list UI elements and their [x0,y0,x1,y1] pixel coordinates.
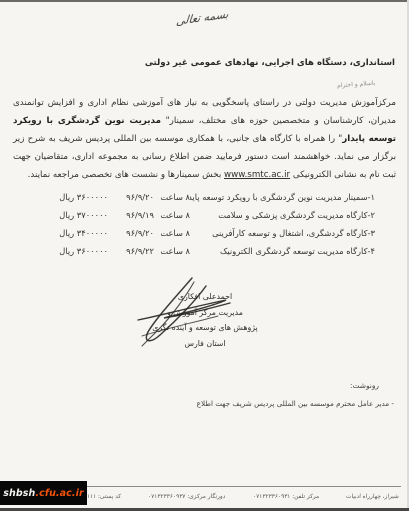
footer-address: شیراز، چهارراه ادبیات [346,494,399,500]
course-title: ۳-کارگاه گردشگری، اشتغال و توسعه کارآفری… [190,228,375,238]
cc-label: رونوشت: [0,381,379,390]
course-duration: ۸ ساعت [154,246,190,256]
course-title: ۱-سمینار مدیریت نوین گردشگری با رویکرد ت… [190,192,375,202]
besmele-calligraphy: بسمه تعالی [176,7,230,28]
footer-fax: دورنگار مرکزی: ۰۷۱۳۲۳۳۶۰۹۳۷ [148,494,226,500]
course-price: ۳۷۰۰۰۰۰ ریال [28,210,108,220]
website-link[interactable]: www.smtc.ac.ir [224,170,290,180]
course-date: ۹۶/۹/۱۹ [108,210,154,220]
course-duration: ۸ ساعت [154,228,190,238]
cc-item: - مدیر عامل محترم موسسه بین المللی پردیس… [0,399,394,408]
scan-top-edge-line [0,0,409,2]
signer-title-line2: پژوهش های توسعه و آینده نگری [138,320,272,336]
cc-section: رونوشت: - مدیر عامل محترم موسسه بین المل… [0,381,409,408]
letter-body-paragraph: مرکزآموزش مدیریت دولتی در راستای پاسخگوی… [13,94,396,184]
signer-name: احمدعلی افکاری [138,289,272,305]
signer-title-line1: مدیریت مرکز آموزش و [138,305,272,321]
course-price: ۳۶۰۰۰۰۰ ریال [28,192,108,202]
course-row-4: ۴-کارگاه مدیریت توسعه گردشگری الکترونیک … [28,246,375,264]
signature-block: احمدعلی افکاری مدیریت مرکز آموزش و پژوهش… [138,289,272,351]
course-price-list: ۱-سمینار مدیریت نوین گردشگری با رویکرد ت… [28,192,375,264]
watermark-badge: shbsh.cfu.ac.ir [0,481,87,505]
course-duration: ۸ ساعت [154,192,190,202]
watermark-text-colored: .cfu.ac.ir [35,488,83,499]
course-row-3: ۳-کارگاه گردشگری، اشتغال و توسعه کارآفری… [28,228,375,246]
course-date: ۹۶/۹/۲۲ [108,246,154,256]
course-title: ۲-کارگاه مدیریت گردشگری پزشکی و سلامت [190,210,375,220]
watermark-text-white: shbsh [3,488,35,499]
course-price: ۳۴۰۰۰۰۰ ریال [28,228,108,238]
course-title: ۴-کارگاه مدیریت توسعه گردشگری الکترونیک [190,246,375,256]
course-row-1: ۱-سمینار مدیریت نوین گردشگری با رویکرد ت… [28,192,375,210]
body-text-part3: بخش سمینارها و نشست های تخصصی مراجعه نما… [28,170,224,180]
course-date: ۹۶/۹/۲۰ [108,228,154,238]
greeting-script: باسلام و احترام [336,80,375,90]
course-duration: ۸ ساعت [154,210,190,220]
course-row-2: ۲-کارگاه مدیریت گردشگری پزشکی و سلامت ۸ … [28,210,375,228]
signer-title-line3: استان فارس [138,336,272,352]
addressee-heading: استانداری، دستگاه های اجرایی، نهادهای عم… [14,58,395,68]
scanned-letter-page: بسمه تعالی استانداری، دستگاه های اجرایی،… [0,0,409,511]
footer-phone: مرکز تلفن: ۰۷۱۳۲۳۳۶۰۹۳۱ [252,494,319,500]
course-price: ۳۶۰۰۰۰۰ ریال [28,246,108,256]
course-date: ۹۶/۹/۲۰ [108,192,154,202]
